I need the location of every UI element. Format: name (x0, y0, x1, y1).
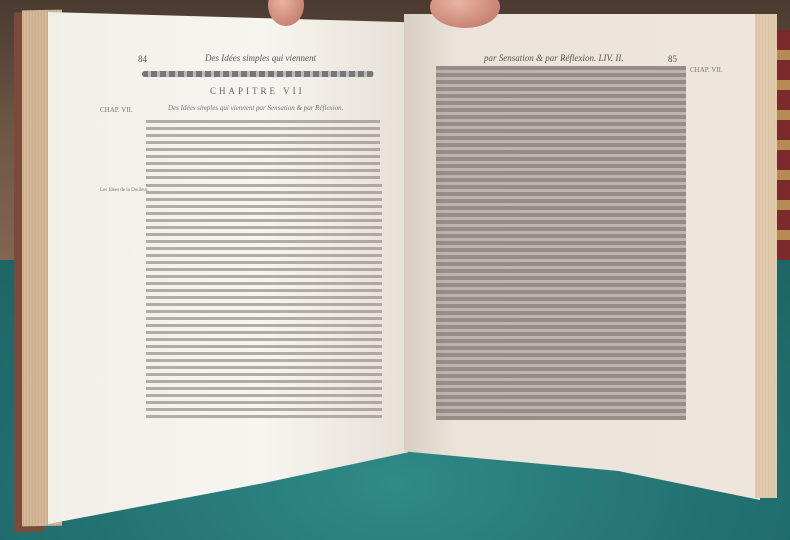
ornament-divider (142, 71, 374, 77)
right-margin-chapter-label: CHAP. VII. (690, 66, 723, 74)
body-text-right (436, 66, 686, 420)
body-text-left (146, 184, 382, 422)
right-page-number: 85 (668, 54, 677, 64)
margin-chapter-label: CHAP. VII. (100, 106, 133, 114)
chapter-title: CHAPITRE VII (210, 86, 305, 96)
chapter-subtitle: Des Idées simples qui viennent par Sensa… (168, 104, 343, 112)
right-running-head: par Sensation & par Réflexion. LIV. II. (484, 53, 624, 63)
margin-note: Les Idées de la Douleur. (100, 188, 150, 193)
left-page-number: 84 (138, 54, 147, 64)
left-running-head: Des Idées simples qui viennent (205, 53, 316, 63)
right-page-edges (755, 14, 777, 498)
intro-paragraph (146, 120, 380, 180)
